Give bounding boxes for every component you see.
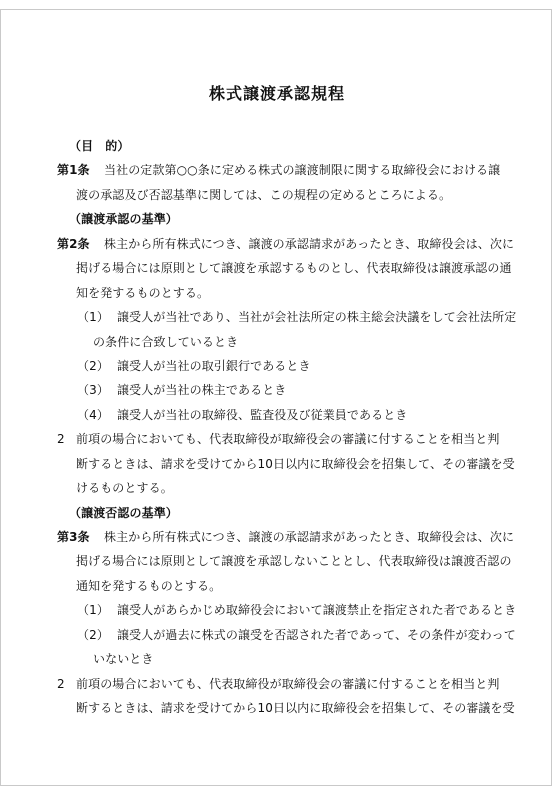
item-number: （2） [77, 627, 117, 643]
doc-line-article: 第3条株主から所有株式につき、譲渡の承認請求があったとき、取締役会は、次に [1, 529, 552, 553]
line-text: 当社の定款第○○条に定める株式の譲渡制限に関する取締役会における譲 [104, 163, 500, 177]
line-text: （譲渡否認の基準） [69, 506, 178, 520]
doc-line-para: 2前項の場合においても、代表取締役が取締役会の審議に付することを相当と判 [1, 676, 552, 700]
doc-line-cont: 渡の承認及び否認基準に関しては、この規程の定めるところによる。 [1, 187, 552, 211]
line-text: 掲げる場合には原則として譲渡を承認しないこととし、代表取締役は譲渡否認の [76, 554, 512, 568]
line-text: 前項の場合においても、代表取締役が取締役会の審議に付することを相当と判 [76, 677, 500, 691]
line-text: （譲渡承認の基準） [69, 212, 178, 226]
doc-line-item: （3）譲受人が当社の株主であるとき [1, 382, 552, 406]
doc-line-cont: 掲げる場合には原則として譲渡を承認するものとし、代表取締役は譲渡承認の通 [1, 260, 552, 284]
item-number: （1） [77, 309, 117, 325]
doc-line-cont: 知を発するものとする。 [1, 285, 552, 309]
line-text: 譲受人が当社であり、当社が会社法所定の株主総会決議をして会社法所定 [117, 310, 516, 324]
doc-line-cont: 通知を発するものとする。 [1, 578, 552, 602]
item-number: （2） [77, 358, 117, 374]
doc-line-article: 第1条当社の定款第○○条に定める株式の譲渡制限に関する取締役会における譲 [1, 162, 552, 186]
document-lines: （目 的）第1条当社の定款第○○条に定める株式の譲渡制限に関する取締役会における… [1, 138, 552, 725]
line-text: 譲受人があらかじめ取締役会において譲渡禁止を指定された者であるとき [117, 603, 516, 617]
paragraph-number: 2 [57, 676, 76, 692]
line-text: （目 的） [69, 139, 130, 153]
doc-line-itemcont: の条件に合致しているとき [1, 334, 552, 358]
doc-line-item: （2）譲受人が当社の取引銀行であるとき [1, 358, 552, 382]
line-text: 株主から所有株式につき、譲渡の承認請求があったとき、取締役会は、次に [104, 530, 514, 544]
paragraph-number: 2 [57, 431, 76, 447]
line-text: 通知を発するものとする。 [76, 579, 221, 593]
document-page: 株式譲渡承認規程 （目 的）第1条当社の定款第○○条に定める株式の譲渡制限に関す… [0, 9, 552, 786]
document-viewport: 株式譲渡承認規程 （目 的）第1条当社の定款第○○条に定める株式の譲渡制限に関す… [0, 0, 552, 786]
article-number: 第3条 [57, 529, 104, 545]
doc-line-heading: （譲渡否認の基準） [1, 505, 552, 529]
item-number: （4） [77, 407, 117, 423]
line-text: 渡の承認及び否認基準に関しては、この規程の定めるところによる。 [76, 188, 451, 202]
line-text: 譲受人が当社の取締役、監査役及び従業員であるとき [117, 408, 407, 422]
doc-line-cont: 掲げる場合には原則として譲渡を承認しないこととし、代表取締役は譲渡否認の [1, 553, 552, 577]
doc-line-heading: （目 的） [1, 138, 552, 162]
line-text: 譲受人が過去に株式の譲受を否認された者であって、その条件が変わって [117, 628, 516, 642]
line-text: 株主から所有株式につき、譲渡の承認請求があったとき、取締役会は、次に [104, 237, 514, 251]
article-number: 第1条 [57, 162, 104, 178]
item-number: （3） [77, 382, 117, 398]
doc-line-itemcont: いないとき [1, 651, 552, 675]
document-title: 株式譲渡承認規程 [1, 81, 552, 104]
doc-line-item: （4）譲受人が当社の取締役、監査役及び従業員であるとき [1, 407, 552, 431]
article-number: 第2条 [57, 236, 104, 252]
line-text: 断するときは、請求を受けてから10日以内に取締役会を招集して、その審議を受 [76, 457, 515, 471]
doc-line-heading: （譲渡承認の基準） [1, 211, 552, 235]
doc-line-cont: 断するときは、請求を受けてから10日以内に取締役会を招集して、その審議を受 [1, 700, 552, 724]
doc-line-para: 2前項の場合においても、代表取締役が取締役会の審議に付することを相当と判 [1, 431, 552, 455]
doc-line-cont: 断するときは、請求を受けてから10日以内に取締役会を招集して、その審議を受 [1, 456, 552, 480]
doc-line-item: （1）譲受人が当社であり、当社が会社法所定の株主総会決議をして会社法所定 [1, 309, 552, 333]
doc-line-cont: けるものとする。 [1, 480, 552, 504]
line-text: 前項の場合においても、代表取締役が取締役会の審議に付することを相当と判 [76, 432, 500, 446]
doc-line-item: （2）譲受人が過去に株式の譲受を否認された者であって、その条件が変わって [1, 627, 552, 651]
line-text: 譲受人が当社の株主であるとき [117, 383, 286, 397]
line-text: 断するときは、請求を受けてから10日以内に取締役会を招集して、その審議を受 [76, 701, 515, 715]
line-text: けるものとする。 [76, 481, 173, 495]
line-text: 知を発するものとする。 [76, 286, 209, 300]
line-text: 譲受人が当社の取引銀行であるとき [117, 359, 311, 373]
line-text: いないとき [93, 652, 154, 666]
item-number: （1） [77, 602, 117, 618]
line-text: 掲げる場合には原則として譲渡を承認するものとし、代表取締役は譲渡承認の通 [76, 261, 512, 275]
doc-line-article: 第2条株主から所有株式につき、譲渡の承認請求があったとき、取締役会は、次に [1, 236, 552, 260]
doc-line-item: （1）譲受人があらかじめ取締役会において譲渡禁止を指定された者であるとき [1, 602, 552, 626]
line-text: の条件に合致しているとき [93, 335, 238, 349]
